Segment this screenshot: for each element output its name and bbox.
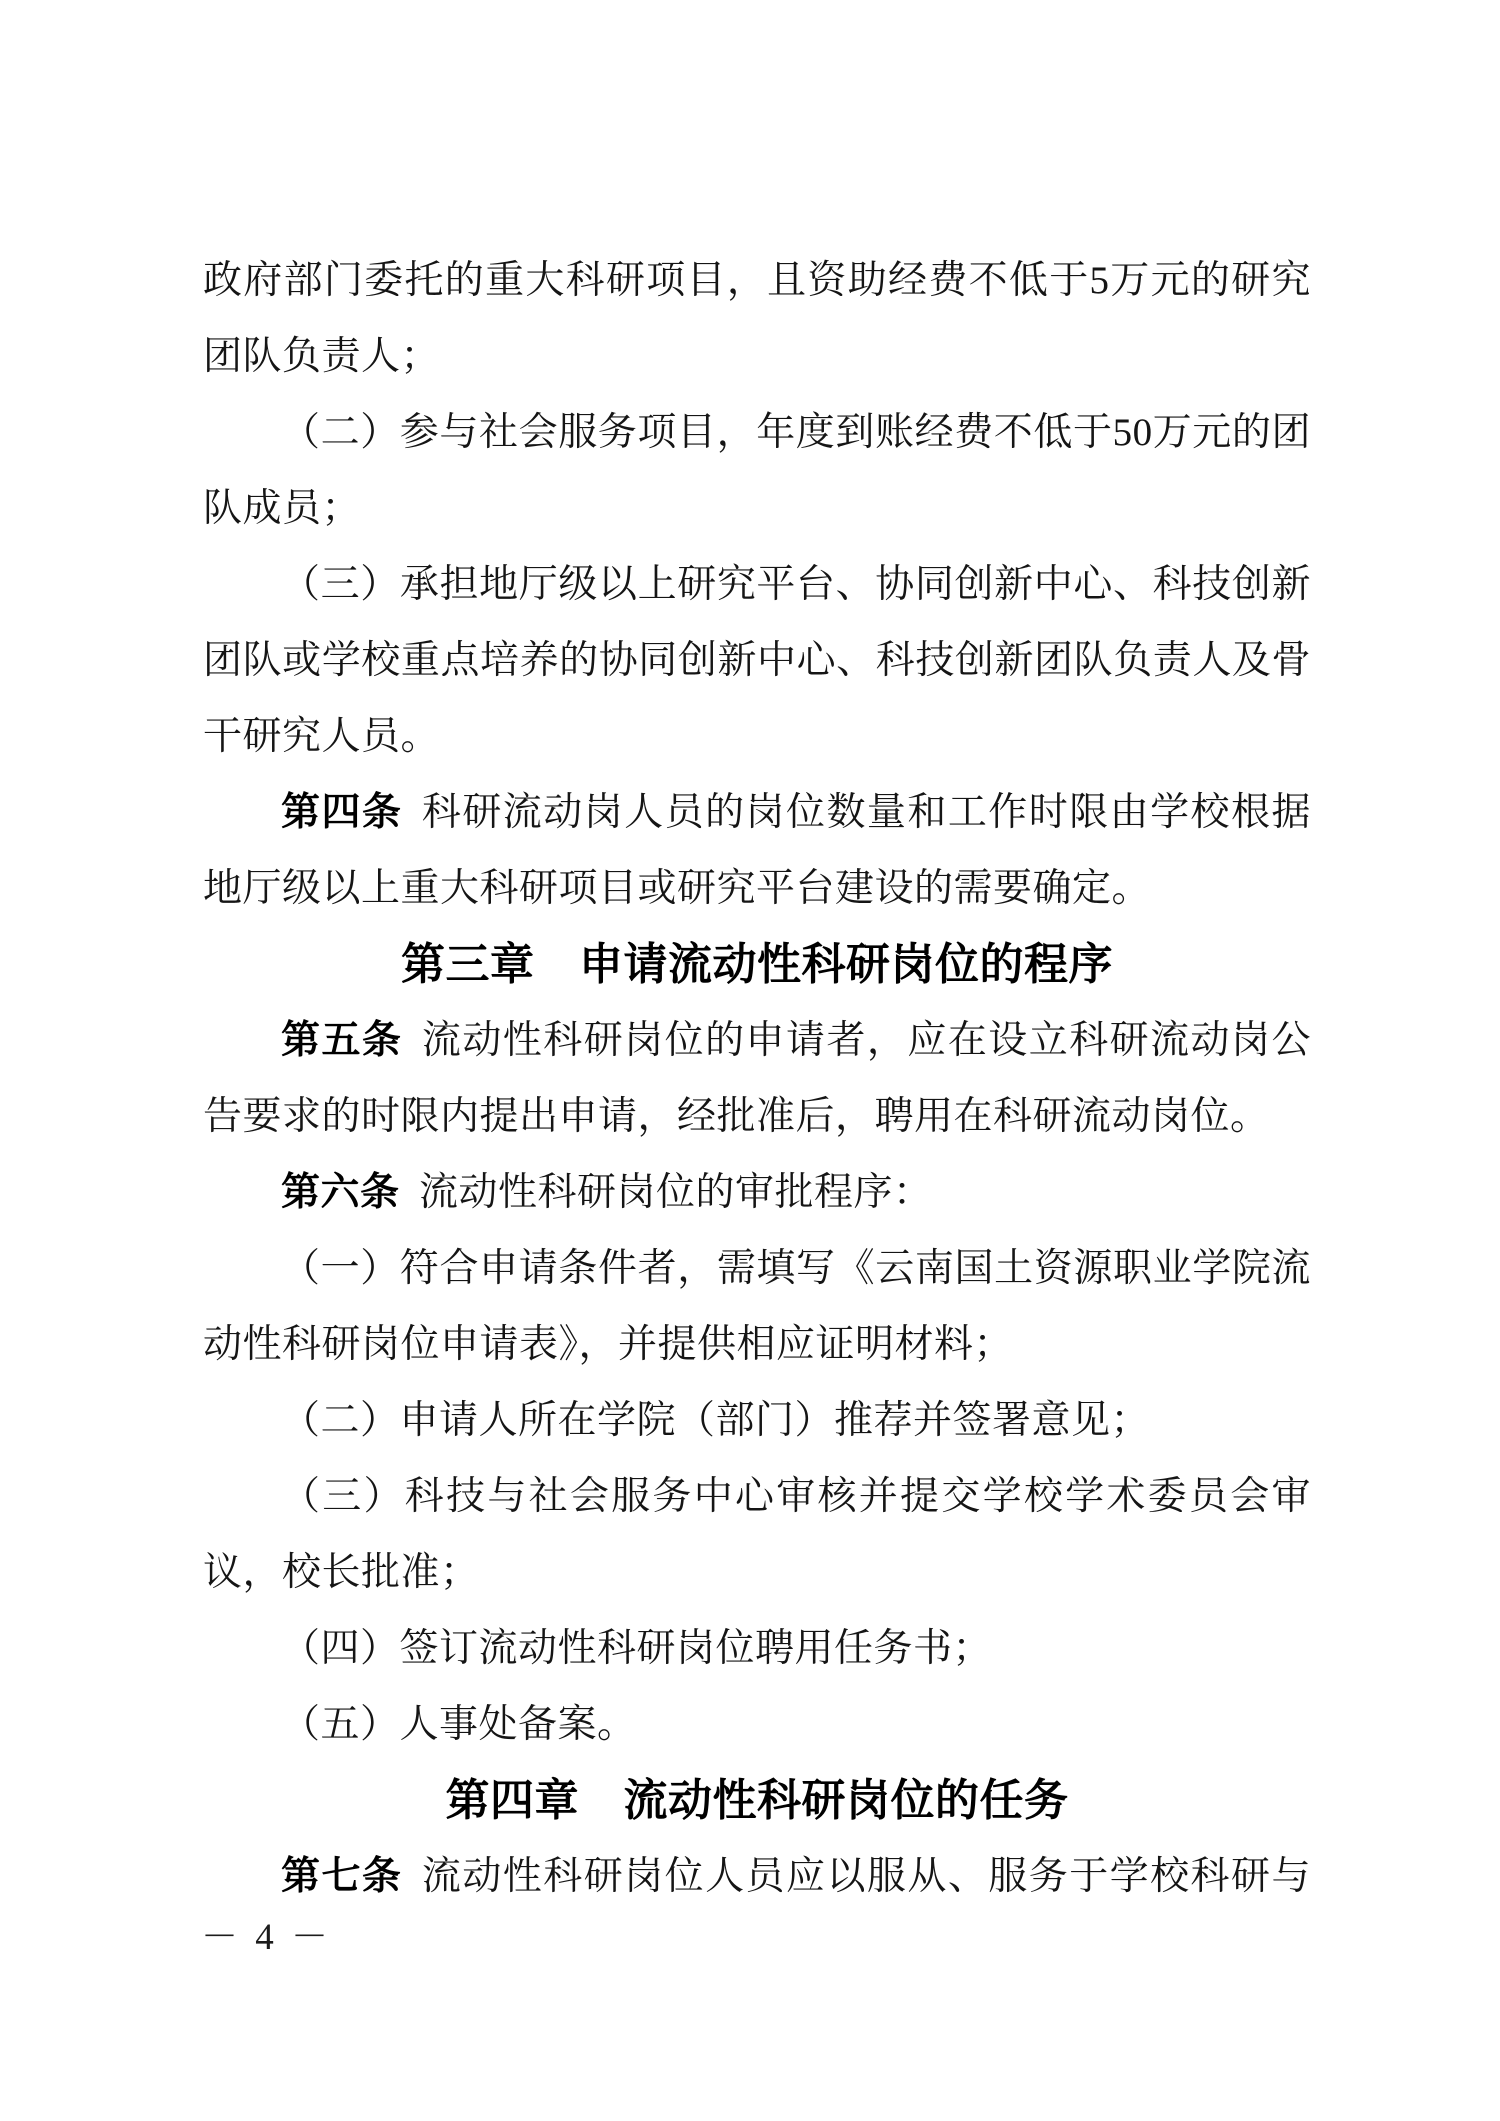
document-line: 动性科研岗位申请表》，并提供相应证明材料； bbox=[203, 1307, 1311, 1383]
document-line: （四）签订流动性科研岗位聘用任务书； bbox=[203, 1611, 1311, 1687]
document-line: 议，校长批准； bbox=[203, 1535, 1311, 1611]
document-page: 政府部门委托的重大科研项目，且资助经费不低于5万元的研究团队负责人；（二）参与社… bbox=[0, 0, 1500, 2121]
document-line: 第七条流动性科研岗位人员应以服从、服务于学校科研与 bbox=[203, 1839, 1311, 1915]
line-text: 流动性科研岗位人员应以服从、服务于学校科研与 bbox=[422, 1855, 1311, 1898]
document-line: 政府部门委托的重大科研项目，且资助经费不低于5万元的研究 bbox=[203, 243, 1311, 319]
document-line: 干研究人员。 bbox=[203, 699, 1311, 775]
document-line: （二）参与社会服务项目，年度到账经费不低于50万元的团 bbox=[203, 395, 1311, 471]
document-line: （二）申请人所在学院（部门）推荐并签署意见； bbox=[203, 1383, 1311, 1459]
document-line: 第四条科研流动岗人员的岗位数量和工作时限由学校根据 bbox=[203, 775, 1311, 851]
article-term: 第六条 bbox=[281, 1171, 400, 1214]
document-line: 地厅级以上重大科研项目或研究平台建设的需要确定。 bbox=[203, 851, 1311, 927]
line-text: 流动性科研岗位的申请者，应在设立科研流动岗公 bbox=[422, 1019, 1311, 1062]
document-line: 第六条流动性科研岗位的审批程序： bbox=[203, 1155, 1311, 1231]
document-line: （一）符合申请条件者，需填写《云南国土资源职业学院流 bbox=[203, 1231, 1311, 1307]
document-line: （三）科技与社会服务中心审核并提交学校学术委员会审 bbox=[203, 1459, 1311, 1535]
chapter-heading: 第三章 申请流动性科研岗位的程序 bbox=[203, 927, 1311, 1003]
article-term: 第四条 bbox=[281, 791, 402, 834]
document-line: （五）人事处备案。 bbox=[203, 1687, 1311, 1763]
document-line: 告要求的时限内提出申请，经批准后，聘用在科研流动岗位。 bbox=[203, 1079, 1311, 1155]
document-body: 政府部门委托的重大科研项目，且资助经费不低于5万元的研究团队负责人；（二）参与社… bbox=[203, 243, 1311, 1915]
line-text: 科研流动岗人员的岗位数量和工作时限由学校根据 bbox=[422, 791, 1311, 834]
line-text: 流动性科研岗位的审批程序： bbox=[419, 1171, 933, 1214]
document-line: 团队负责人； bbox=[203, 319, 1311, 395]
chapter-heading: 第四章 流动性科研岗位的任务 bbox=[203, 1763, 1311, 1839]
article-term: 第七条 bbox=[281, 1855, 402, 1898]
document-line: 团队或学校重点培养的协同创新中心、科技创新团队负责人及骨 bbox=[203, 623, 1311, 699]
page-number: － 4 － bbox=[201, 1916, 332, 1960]
article-term: 第五条 bbox=[281, 1019, 402, 1062]
document-line: （三）承担地厅级以上研究平台、协同创新中心、科技创新 bbox=[203, 547, 1311, 623]
document-line: 队成员； bbox=[203, 471, 1311, 547]
document-line: 第五条流动性科研岗位的申请者，应在设立科研流动岗公 bbox=[203, 1003, 1311, 1079]
